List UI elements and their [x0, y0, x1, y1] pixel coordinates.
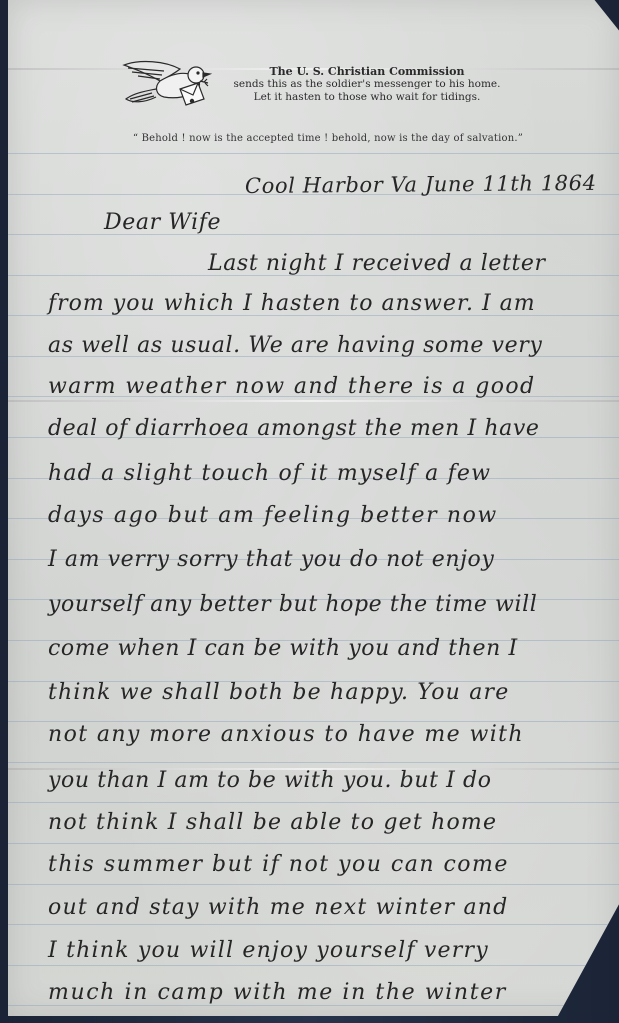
- dateline: Cool Harbor Va June 11th 1864: [245, 171, 597, 198]
- letter-line-last: much in camp with me in the winter: [48, 980, 507, 1005]
- letter-line: Last night I received a letter: [208, 251, 546, 276]
- letter-line: from you which I hasten to answer. I am: [48, 291, 536, 316]
- letter-line: yourself any better but hope the time wi…: [48, 592, 537, 617]
- letter-line: warm weather now and there is a good: [48, 374, 535, 399]
- dove-carrying-envelope-icon: [120, 55, 212, 111]
- rule-line: [8, 762, 619, 763]
- rule-line: [8, 843, 619, 844]
- letterhead-line-2: Let it hasten to those who wait for tidi…: [217, 91, 517, 104]
- letter-line: think we shall both be happy. You are: [48, 680, 509, 705]
- letterhead: The U. S. Christian Commission sends thi…: [112, 55, 532, 115]
- fold-crease-middle: [8, 400, 619, 402]
- letter-line: out and stay with me next winter and: [48, 895, 508, 920]
- rule-line: [8, 234, 619, 235]
- letter-line: not think I shall be able to get home: [48, 810, 497, 835]
- letter-line: had a slight touch of it myself a few: [48, 461, 491, 486]
- rule-line: [8, 965, 619, 966]
- photo-stage: The U. S. Christian Commission sends thi…: [0, 0, 619, 1023]
- rule-line: [8, 153, 619, 154]
- letterhead-title: The U. S. Christian Commission: [217, 65, 517, 78]
- letter-line: deal of diarrhoea amongst the men I have: [48, 416, 540, 441]
- letter-line: I am verry sorry that you do not enjoy: [48, 547, 494, 572]
- letter-line: I think you will enjoy yourself verry: [48, 938, 489, 963]
- rule-line: [8, 802, 619, 803]
- letter-line: come when I can be with you and then I: [48, 636, 518, 661]
- letter-line: not any more anxious to have me with: [48, 722, 524, 747]
- rule-line: [8, 884, 619, 885]
- letter-line: days ago but am feeling better now: [48, 503, 498, 528]
- letter-line: you than I am to be with you. but I do: [48, 768, 492, 793]
- letter-line: as well as usual. We are having some ver…: [48, 333, 542, 358]
- salutation: Dear Wife: [104, 210, 221, 235]
- letter-line: this summer but if not you can come: [48, 852, 509, 877]
- scripture-motto: “ Behold ! now is the accepted time ! be…: [108, 133, 548, 144]
- rule-line: [8, 1005, 619, 1006]
- rule-line: [8, 924, 619, 925]
- letterhead-line-1: sends this as the soldier's messenger to…: [217, 78, 517, 91]
- letterhead-text: The U. S. Christian Commission sends thi…: [217, 65, 517, 104]
